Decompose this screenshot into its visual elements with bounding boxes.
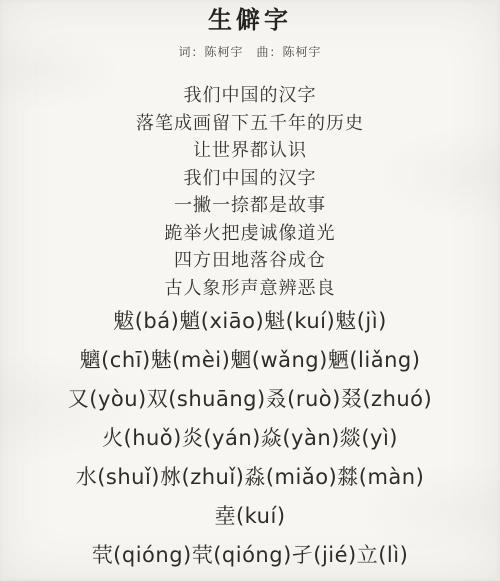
lyric-line: 四方田地落谷成仓	[0, 247, 500, 275]
pinyin-line: 魃(bá)魈(xiāo)魁(kuí)鬾(jì)	[0, 302, 500, 341]
lyric-line: 落笔成画留下五千年的历史	[0, 110, 500, 138]
pinyin-line: 水(shuǐ)沝(zhuǐ)淼(miǎo)㵘(màn)	[0, 458, 500, 497]
lyric-line: 一撇一捺都是故事	[0, 192, 500, 220]
lyric-line: 古人象形声意辨恶良	[0, 275, 500, 303]
credits-line: 词：陈柯宇 曲：陈柯宇	[0, 44, 500, 60]
pinyin-line: 火(huǒ)炎(yán)焱(yàn)燚(yì)	[0, 419, 500, 458]
song-title: 生僻字	[0, 0, 500, 36]
lyrics-block: 我们中国的汉字 落笔成画留下五千年的历史 让世界都认识 我们中国的汉字 一撇一捺…	[0, 82, 500, 302]
pinyin-block: 魃(bá)魈(xiāo)魁(kuí)鬾(jì) 魑(chī)魅(mèi)魍(wǎ…	[0, 302, 500, 575]
lyric-line: 我们中国的汉字	[0, 165, 500, 193]
lyric-line: 让世界都认识	[0, 137, 500, 165]
lyric-line: 我们中国的汉字	[0, 82, 500, 110]
pinyin-line: 茕(qióng)茕(qióng)孑(jié)立(lì)	[0, 536, 500, 575]
pinyin-line: 又(yòu)双(shuāng)叒(ruò)叕(zhuó)	[0, 380, 500, 419]
pinyin-line: 㙓(kuí)	[0, 497, 500, 536]
lyrics-sheet: 生僻字 词：陈柯宇 曲：陈柯宇 我们中国的汉字 落笔成画留下五千年的历史 让世界…	[0, 0, 500, 581]
pinyin-line: 魑(chī)魅(mèi)魍(wǎng)魉(liǎng)	[0, 341, 500, 380]
lyric-line: 跪举火把虔诚像道光	[0, 220, 500, 248]
